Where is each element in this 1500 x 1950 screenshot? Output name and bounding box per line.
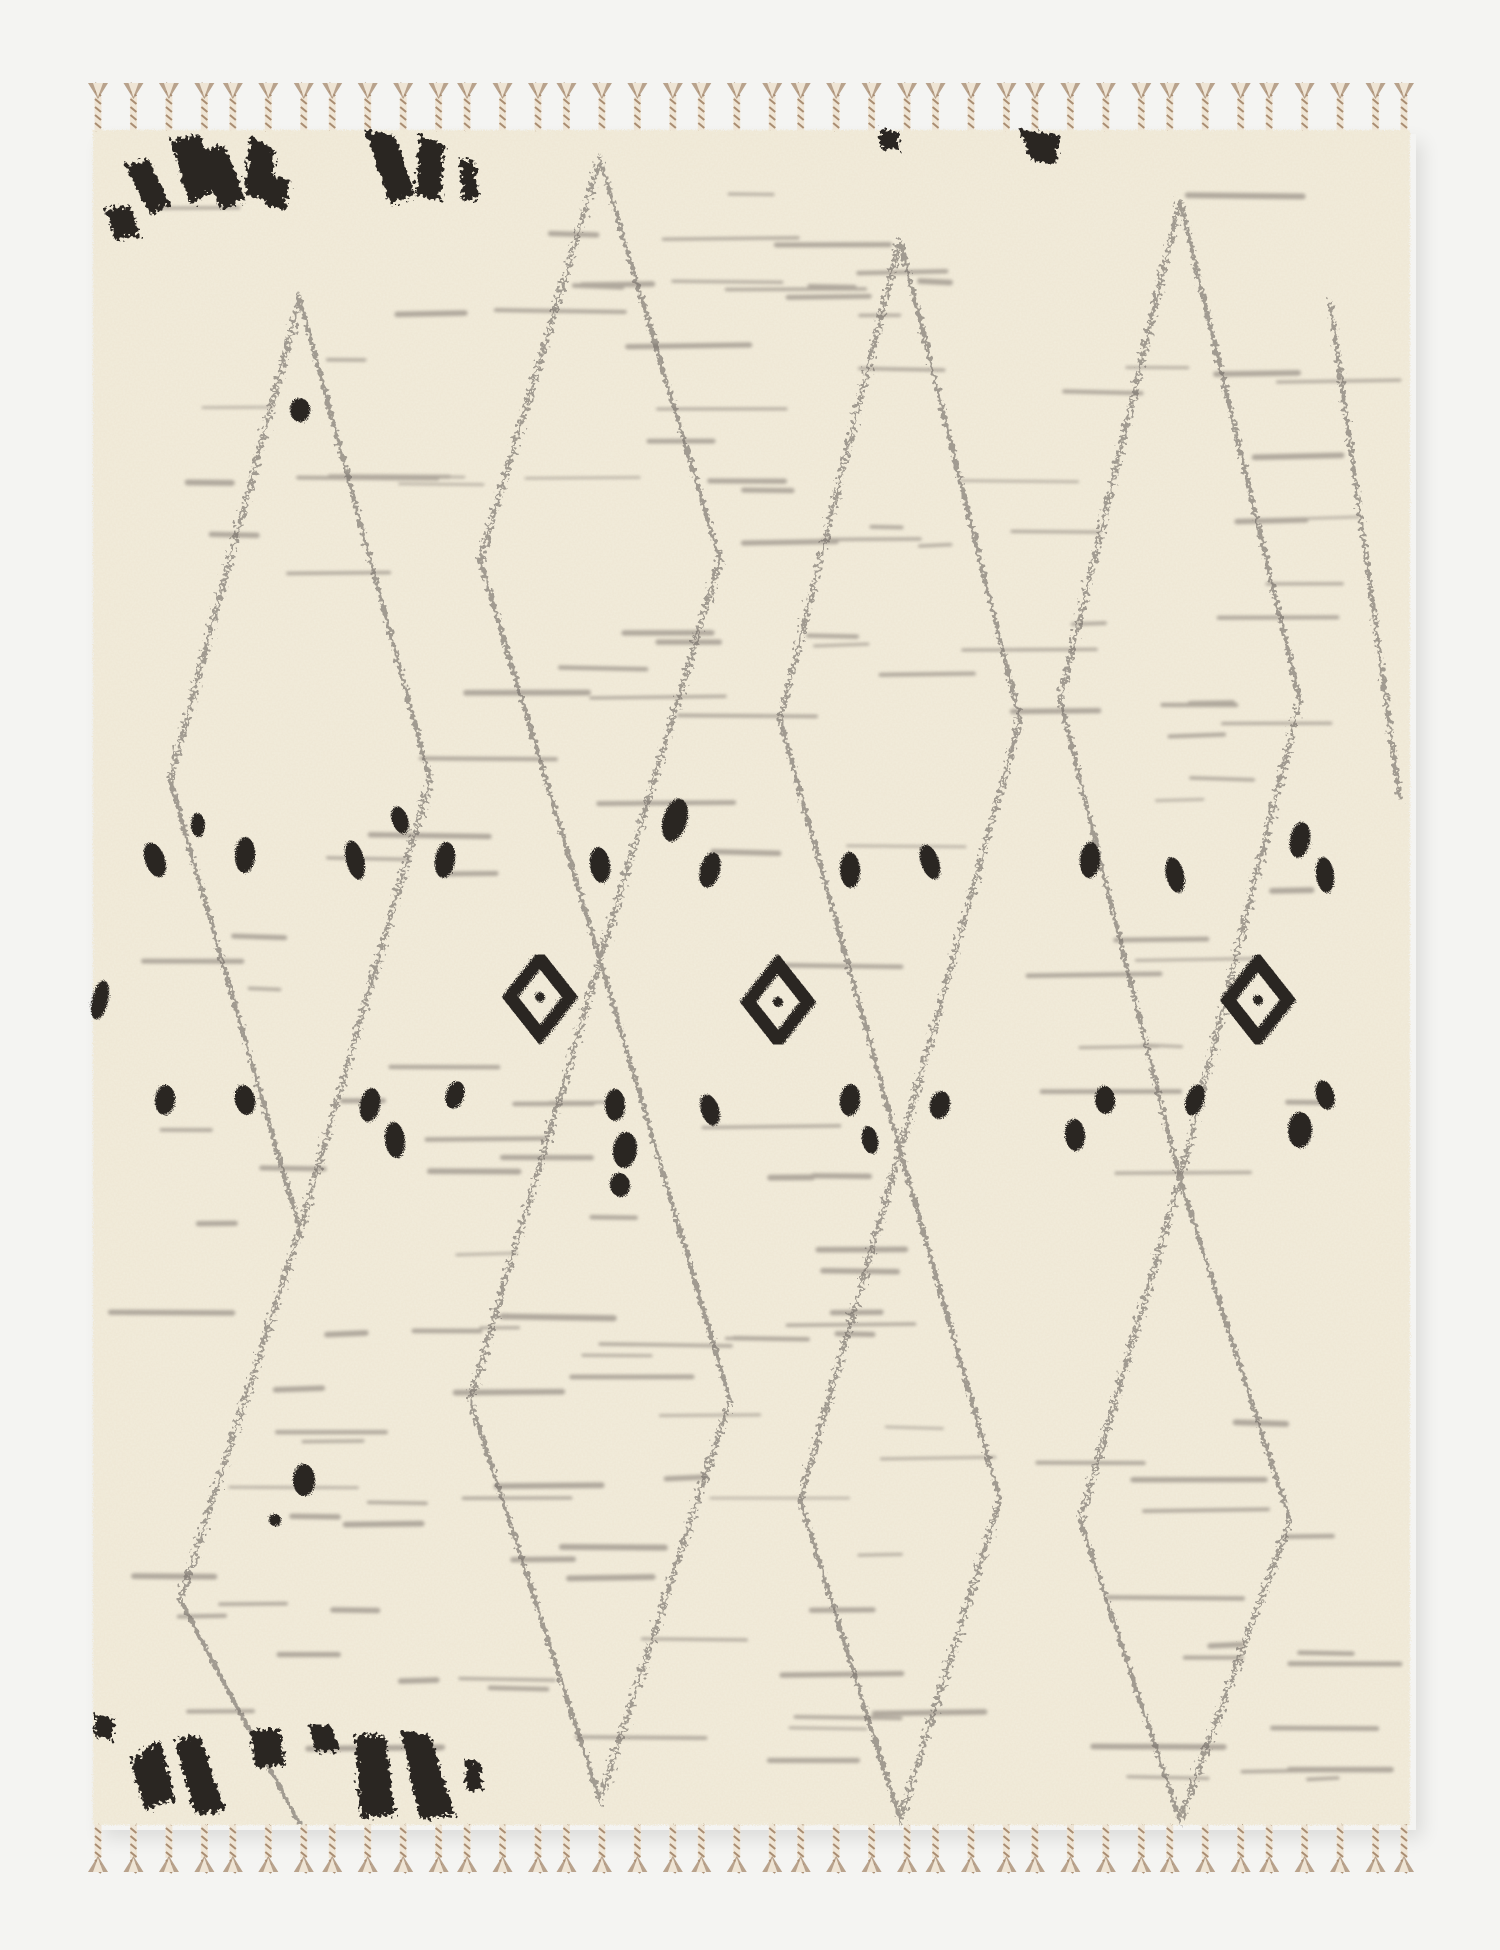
rug-photo xyxy=(0,0,1500,1950)
rug-body xyxy=(93,130,1410,1825)
top-fringe xyxy=(88,83,1414,136)
bottom-fringe xyxy=(88,1820,1414,1873)
